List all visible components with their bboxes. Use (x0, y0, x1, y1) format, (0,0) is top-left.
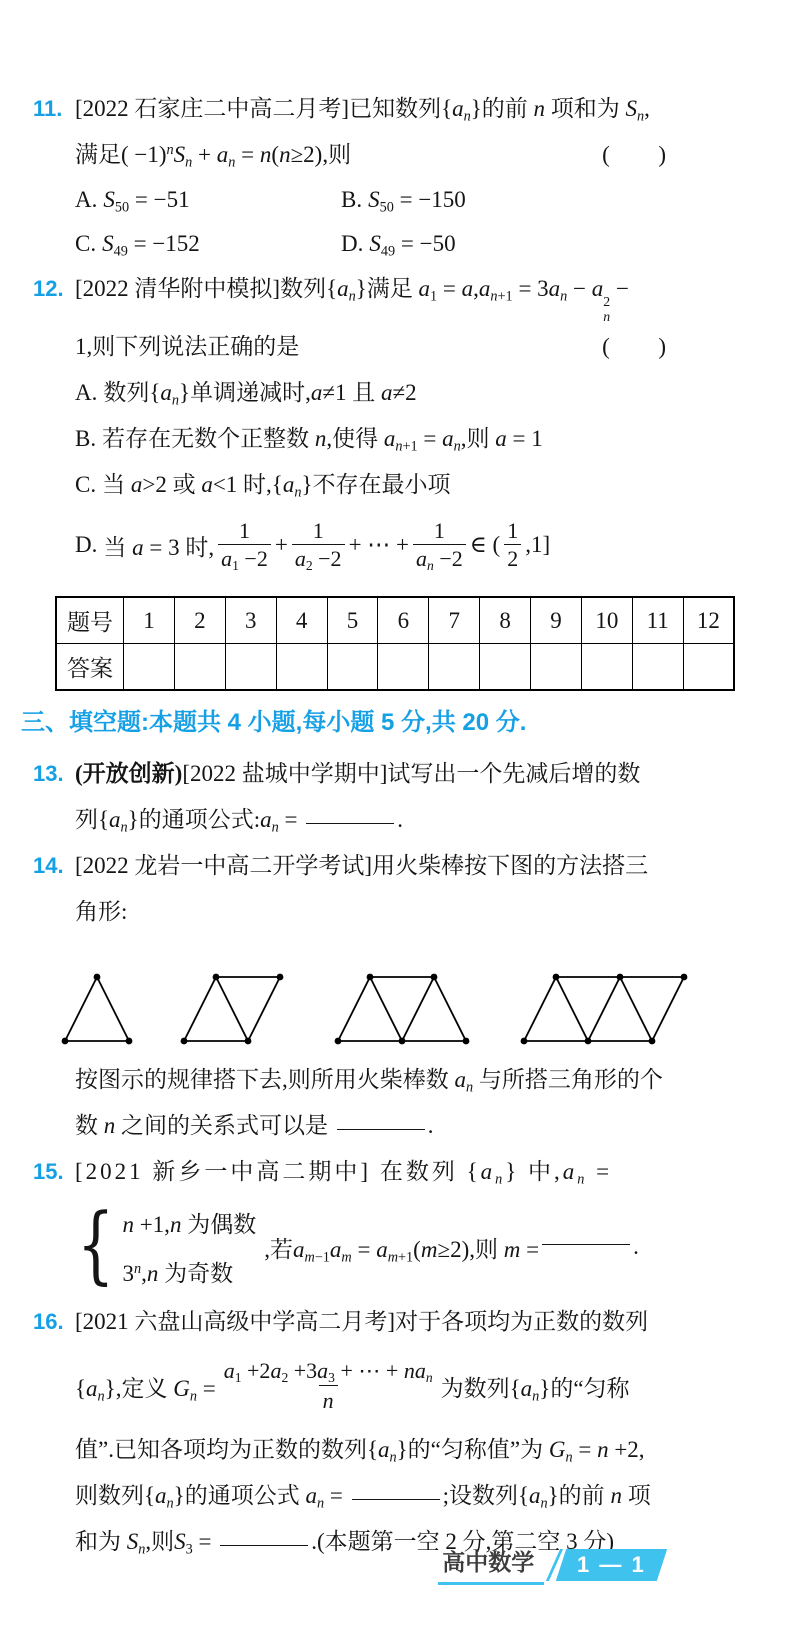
q12-option-d: D. 当 a = 3 时, 1a1 −2 + 1a2 −2 + ⋯ + 1an … (75, 508, 738, 582)
question-14-number: 14. (33, 843, 75, 889)
question-15: 15. [2021 新乡一中高二期中] 在数列 {an} 中,an = { n … (33, 1149, 738, 1299)
piecewise-brace: { (77, 1209, 114, 1280)
fraction: 1a1 −2 (218, 518, 271, 572)
header-cell: 12 (683, 597, 734, 644)
q11-answer-paren: ( ) (602, 132, 668, 178)
q14-stem-line2: 角形: (75, 889, 738, 935)
q14-after-line1: 按图示的规律搭下去,则所用火柴棒数 an 与所搭三角形的个 (75, 1057, 738, 1103)
q11-option-a: A.S50 = −51 (75, 178, 341, 222)
q14-after-line2: 数 n 之间的关系式可以是 . (75, 1103, 738, 1149)
answer-label-cell: 答案 (56, 644, 124, 691)
q12-option-a: A.数列{an}单调递减时,a≠1 且 a≠2 (75, 370, 738, 416)
answer-blank (220, 1545, 308, 1546)
matchstick-figure-2 (176, 969, 294, 1051)
header-cell: 8 (480, 597, 531, 644)
question-12-number: 12. (33, 266, 75, 312)
answer-cell (683, 644, 734, 691)
q13-stem-line1: (开放创新)[2022 盐城中学期中]试写出一个先减后增的数 (75, 751, 738, 797)
question-13-number: 13. (33, 751, 75, 797)
exam-page: 11. [2022 石家庄二中高二月考]已知数列{an}的前 n 项和为 Sn,… (0, 0, 790, 1565)
question-14: 14. [2022 龙岩一中高二开学考试]用火柴棒按下图的方法搭三 角形: (33, 843, 738, 1149)
footer-page-number: 1 — 1 (577, 1552, 646, 1578)
matchstick-figure-1 (55, 969, 140, 1051)
question-16-number: 16. (33, 1299, 75, 1345)
q11-option-c: C.S49 = −152 (75, 222, 341, 266)
matchstick-figure-3 (330, 969, 480, 1051)
page-footer: 高中数学 1 — 1 (438, 1544, 662, 1585)
answer-cell (581, 644, 632, 691)
q16-stem-line4: 则数列{an}的通项公式 an = ;设数列{an}的前 n 项 (75, 1473, 738, 1519)
header-cell: 7 (429, 597, 480, 644)
q11-option-d: D.S49 = −50 (341, 222, 738, 266)
q12-stem-line2: 1,则下列说法正确的是 (75, 324, 299, 370)
q16-definition-line: {an},定义 Gn = a1 +2a2 +3a3 + ⋯ + nan n 为数… (75, 1345, 738, 1427)
answer-blank (306, 823, 394, 824)
fraction: 1an −2 (413, 518, 466, 572)
answer-cell (276, 644, 327, 691)
q11-stem-line1: [2022 石家庄二中高二月考]已知数列{an}的前 n 项和为 Sn, (75, 86, 738, 132)
matchstick-figures (55, 955, 738, 1051)
answer-cell (480, 644, 531, 691)
fraction: 1a2 −2 (292, 518, 345, 572)
q13-stem-line2: 列{an}的通项公式:an = . (75, 797, 738, 843)
answer-cell (378, 644, 429, 691)
q11-stem-line2: 满足( −1)nSn + an = n(n≥2),则 (75, 132, 351, 178)
q16-stem-line3: 值”.已知各项均为正数的数列{an}的“匀称值”为 Gn = n +2, (75, 1427, 738, 1473)
piecewise-cases: n +1,n 为偶数 3n,n 为奇数 (122, 1206, 256, 1288)
question-11-number: 11. (33, 86, 75, 132)
piecewise-case-even: n +1,n 为偶数 (122, 1206, 256, 1239)
answer-cell (632, 644, 683, 691)
q12-stem-line1: [2022 清华附中模拟]数列{an}满足 a1 = a,an+1 = 3an … (75, 266, 738, 324)
header-cell: 1 (124, 597, 175, 644)
header-cell: 5 (327, 597, 378, 644)
answer-cell (429, 644, 480, 691)
q11-options: A.S50 = −51 B.S50 = −150 C.S49 = −152 D.… (75, 178, 738, 266)
answer-table-answer-row: 答案 (56, 644, 734, 691)
question-13: 13. (开放创新)[2022 盐城中学期中]试写出一个先减后增的数 列{an}… (33, 751, 738, 843)
answer-cell (174, 644, 225, 691)
fraction: 12 (504, 518, 521, 572)
footer-page-badge: 1 — 1 (556, 1549, 667, 1581)
answer-blank (352, 1499, 440, 1500)
piecewise-case-odd: 3n,n 为奇数 (122, 1255, 256, 1288)
header-cell: 10 (581, 597, 632, 644)
q12-option-b: B.若存在无数个正整数 n,使得 an+1 = an,则 a = 1 (75, 416, 738, 462)
answer-blank (542, 1244, 630, 1245)
answer-blank (337, 1129, 425, 1130)
answer-table-header-row: 题号 1 2 3 4 5 6 7 8 9 10 11 12 (56, 597, 734, 644)
gn-fraction: a1 +2a2 +3a3 + ⋯ + nan n (220, 1357, 437, 1415)
q15-condition: ,若am−1am = am+1(m≥2),则 m = (264, 1231, 539, 1264)
q15-piecewise-line: { n +1,n 为偶数 3n,n 为奇数 ,若am−1am = am+1(m≥… (75, 1195, 738, 1299)
q12-answer-paren: ( ) (602, 324, 668, 370)
question-11: 11. [2022 石家庄二中高二月考]已知数列{an}的前 n 项和为 Sn,… (33, 86, 738, 266)
matchstick-figure-4 (516, 969, 698, 1051)
section-3-heading: 三、填空题:本题共 4 小题,每小题 5 分,共 20 分. (21, 703, 738, 743)
q15-stem-line1: [2021 新乡一中高二期中] 在数列 {an} 中,an = (75, 1149, 738, 1195)
header-cell: 3 (225, 597, 276, 644)
answer-cell (124, 644, 175, 691)
footer-subject-label: 高中数学 (438, 1544, 544, 1585)
answer-cell (225, 644, 276, 691)
question-12: 12. [2022 清华附中模拟]数列{an}满足 a1 = a,an+1 = … (33, 266, 738, 582)
question-16: 16. [2021 六盘山高级中学高二月考]对于各项均为正数的数列 {an},定… (33, 1299, 738, 1565)
header-cell: 2 (174, 597, 225, 644)
question-15-number: 15. (33, 1149, 75, 1195)
answer-cell (531, 644, 582, 691)
header-cell: 9 (531, 597, 582, 644)
header-cell: 4 (276, 597, 327, 644)
answer-cell (327, 644, 378, 691)
q11-option-b: B.S50 = −150 (341, 178, 738, 222)
header-cell: 11 (632, 597, 683, 644)
q16-stem-line1: [2021 六盘山高级中学高二月考]对于各项均为正数的数列 (75, 1299, 738, 1345)
q12-option-c: C.当 a>2 或 a<1 时,{an}不存在最小项 (75, 462, 738, 508)
q14-stem-line1: [2022 龙岩一中高二开学考试]用火柴棒按下图的方法搭三 (75, 843, 738, 889)
header-cell: 题号 (56, 597, 124, 644)
answer-table: 题号 1 2 3 4 5 6 7 8 9 10 11 12 答案 (55, 596, 735, 691)
header-cell: 6 (378, 597, 429, 644)
